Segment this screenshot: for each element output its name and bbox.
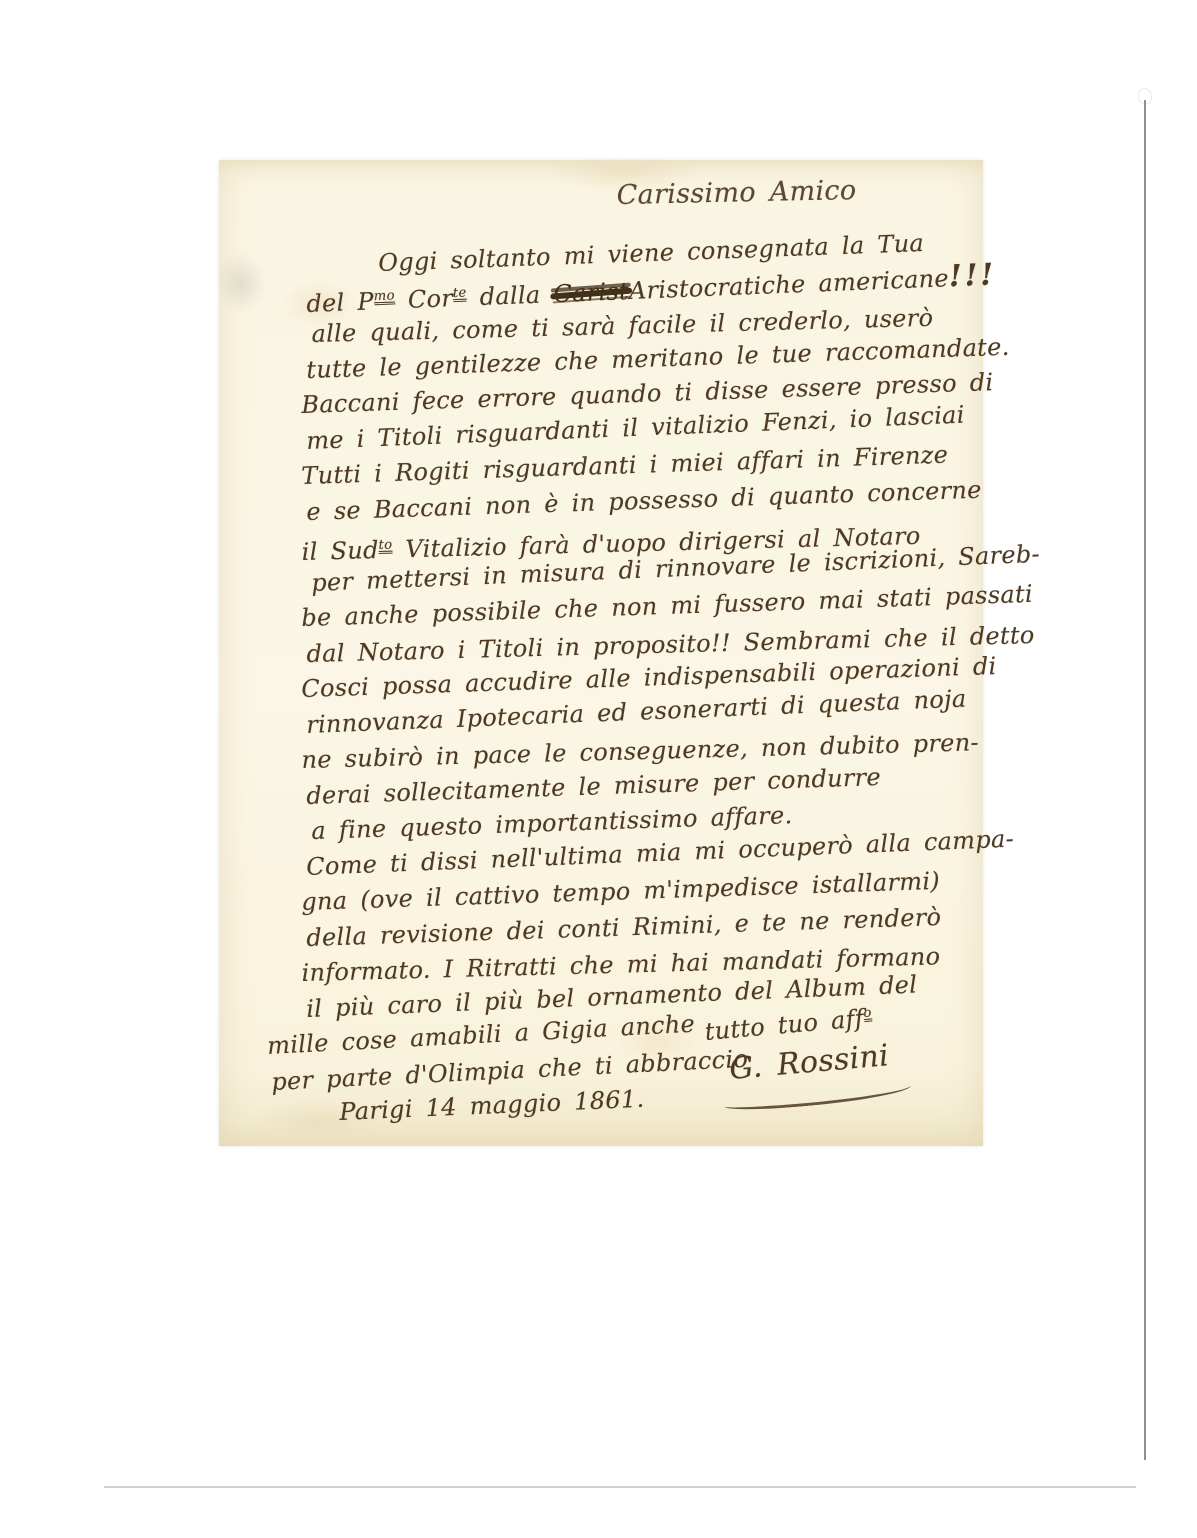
scanned-page: Carissimo Amico Oggi soltanto mi viene c…	[0, 0, 1197, 1538]
scribbled-out-word: Carist	[553, 274, 630, 313]
letter-dateline: Parigi 14 maggio 1861.	[339, 1085, 645, 1126]
text-segment: del P	[306, 287, 375, 318]
text-segment: te	[453, 285, 467, 302]
letter-paper: Carissimo Amico Oggi soltanto mi viene c…	[219, 160, 983, 1146]
signature-flourish	[724, 1082, 913, 1113]
valediction-superscript: o	[863, 1005, 873, 1022]
text-segment: Aristocratiche americane	[628, 264, 949, 305]
page-separator-horizontal	[104, 1486, 1136, 1488]
letter-salutation: Carissimo Amico	[616, 175, 856, 211]
text-segment: !!!	[948, 257, 996, 294]
text-segment: il Sud	[301, 536, 379, 566]
letter-signature: G. Rossini	[728, 1038, 890, 1087]
text-segment: mo	[373, 288, 395, 305]
text-segment: Cor	[394, 284, 453, 314]
text-segment: dalla	[466, 280, 554, 311]
text-segment: to	[378, 538, 392, 554]
paper-stain	[215, 252, 267, 314]
letter-body: Oggi soltanto mi viene consegnata la Tua…	[307, 246, 975, 1027]
page-separator-vertical	[1144, 100, 1146, 1460]
